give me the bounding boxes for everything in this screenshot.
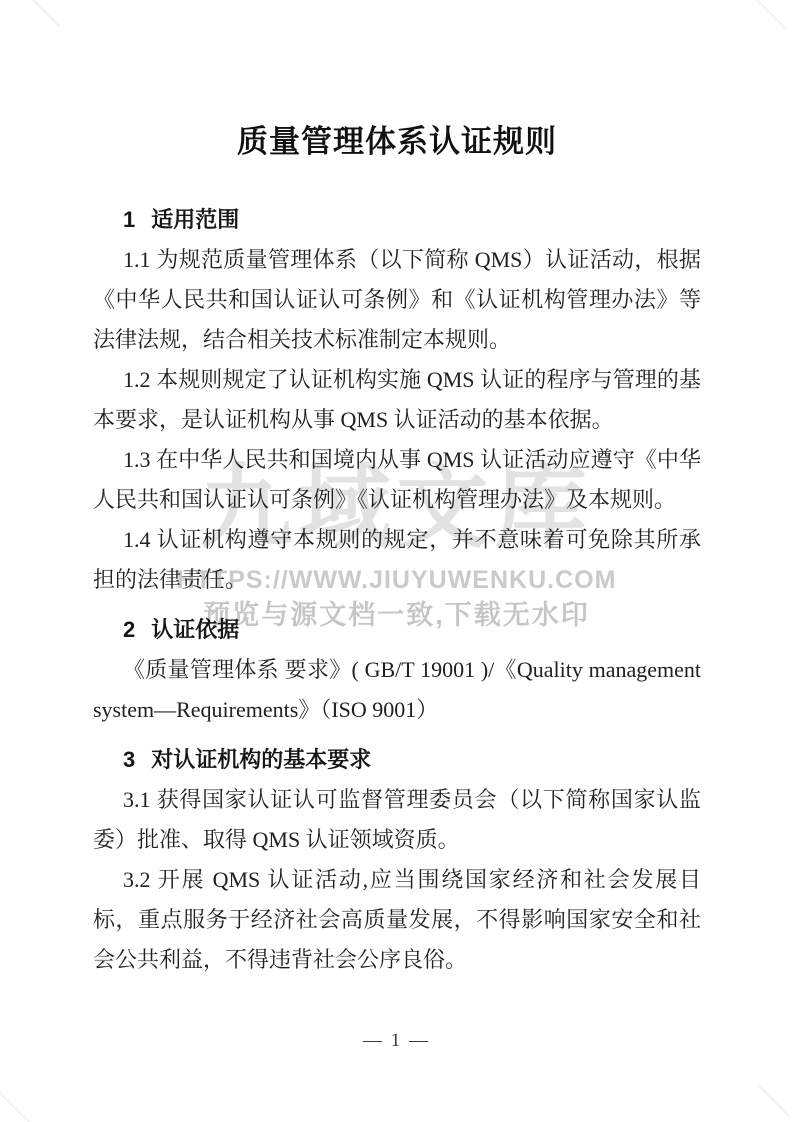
- scan-corner-mark-top-left: [28, 0, 61, 27]
- paragraph-1-1: 1.1 为规范质量管理体系（以下简称 QMS）认证活动，根据《中华人民共和国认证…: [93, 240, 701, 360]
- section-title: 适用范围: [151, 207, 239, 232]
- section-number: 3: [123, 740, 135, 780]
- section-number: 2: [123, 610, 135, 650]
- section-title: 对认证机构的基本要求: [151, 747, 371, 772]
- paragraph-1-4: 1.4 认证机构遵守本规则的规定，并不意味着可免除其所承担的法律责任。: [93, 520, 701, 600]
- paragraph-3-2: 3.2 开展 QMS 认证活动,应当围绕国家经济和社会发展目标，重点服务于经济社…: [93, 860, 701, 980]
- section-title: 认证依据: [151, 617, 239, 642]
- document-body: 质量管理体系认证规则 1适用范围 1.1 为规范质量管理体系（以下简称 QMS）…: [93, 0, 701, 980]
- section-heading-scope: 1适用范围: [93, 200, 701, 240]
- section-number: 1: [123, 200, 135, 240]
- paragraph-3-1: 3.1 获得国家认证认可监督管理委员会（以下简称国家认监委）批准、取得 QMS …: [93, 780, 701, 860]
- paragraph-1-2: 1.2 本规则规定了认证机构实施 QMS 认证的程序与管理的基本要求，是认证机构…: [93, 360, 701, 440]
- scan-corner-mark-bottom-right: [758, 1085, 791, 1118]
- document-title: 质量管理体系认证规则: [93, 122, 701, 162]
- page-number: — 1 —: [0, 1030, 793, 1052]
- scan-corner-mark-top-right: [754, 0, 787, 29]
- scan-corner-mark-bottom-left: [0, 1091, 30, 1122]
- paragraph-1-3: 1.3 在中华人民共和国境内从事 QMS 认证活动应遵守《中华人民共和国认证认可…: [93, 440, 701, 520]
- paragraph-2-basis: 《质量管理体系 要求》( GB/T 19001 )/《Quality manag…: [93, 650, 701, 730]
- section-heading-certification-basis: 2认证依据: [93, 610, 701, 650]
- document-page: 九域文库 HTTPS://WWW.JIUYUWENKU.COM 预览与源文档一致…: [0, 0, 793, 1122]
- section-heading-basic-requirements: 3对认证机构的基本要求: [93, 740, 701, 780]
